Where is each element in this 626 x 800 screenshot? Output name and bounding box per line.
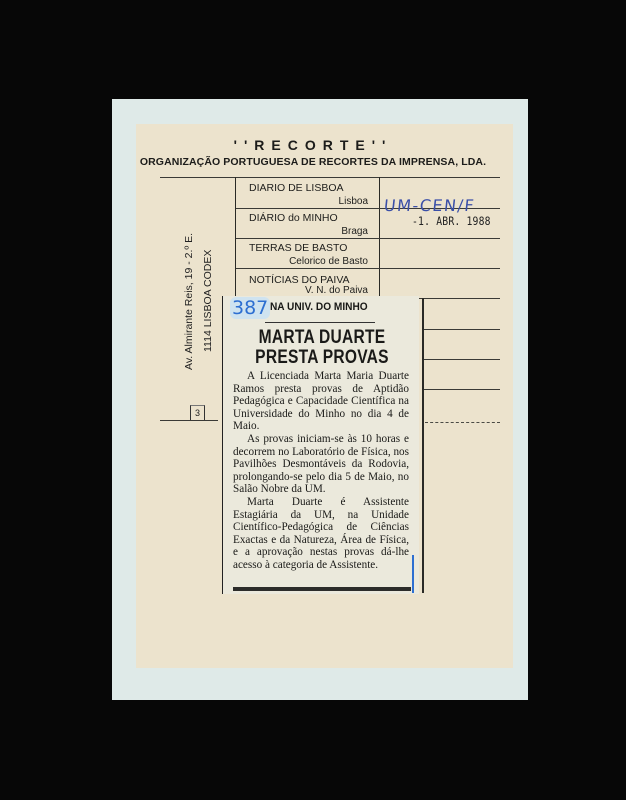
newspaper-city: Braga [250, 226, 368, 237]
newspaper-city: Celorico de Basto [250, 256, 368, 267]
grid-line [425, 422, 500, 423]
newspaper-name: TERRAS DE BASTO [249, 242, 347, 254]
grid-line [424, 389, 500, 390]
address-line-1: Av. Almirante Reis, 19 - 2.º E. [183, 233, 195, 370]
brand-title: ''RECORTE'' [0, 137, 626, 153]
address-line-2: 1114 LISBOA CODEX [202, 250, 214, 352]
headline-line-2: PRESTA PROVAS [248, 347, 396, 369]
table-left-border [235, 177, 236, 297]
newspaper-city: Lisboa [250, 196, 368, 207]
grid-right-border [422, 298, 424, 593]
organization-name: ORGANIZAÇÃO PORTUGUESA DE RECORTES DA IM… [0, 156, 626, 168]
page-marker: 3 [190, 405, 205, 420]
newspaper-name: DIÁRIO do MINHO [249, 212, 338, 224]
clipping-kicker: NA UNIV. DO MINHO [270, 301, 368, 313]
handwritten-code: UM-CEN/F [383, 196, 476, 215]
article-paragraph: Marta Duarte é Assistente Estagiária da … [233, 496, 409, 572]
pen-mark [412, 555, 414, 593]
newspaper-city: V. N. do Paiva [250, 285, 368, 296]
grid-line [424, 359, 500, 360]
newspaper-name: DIARIO DE LISBOA [249, 182, 344, 194]
date-stamp: -1. ABR. 1988 [412, 214, 491, 228]
article-body: A Licenciada Marta Maria Duarte Ramos pr… [233, 370, 409, 572]
clipping-number: 387 [230, 297, 270, 319]
grid-line [424, 329, 500, 330]
article-paragraph: A Licenciada Marta Maria Duarte Ramos pr… [233, 370, 409, 433]
headline-line-1: MARTA DUARTE [248, 327, 396, 349]
kicker-rule [265, 322, 375, 323]
clipping-bottom-rule [233, 587, 411, 591]
header-rule [160, 177, 500, 178]
row-divider [236, 268, 500, 269]
row-divider [236, 238, 500, 239]
marker-rule [160, 420, 218, 421]
article-paragraph: As provas iniciam-se às 10 horas e decor… [233, 433, 409, 496]
